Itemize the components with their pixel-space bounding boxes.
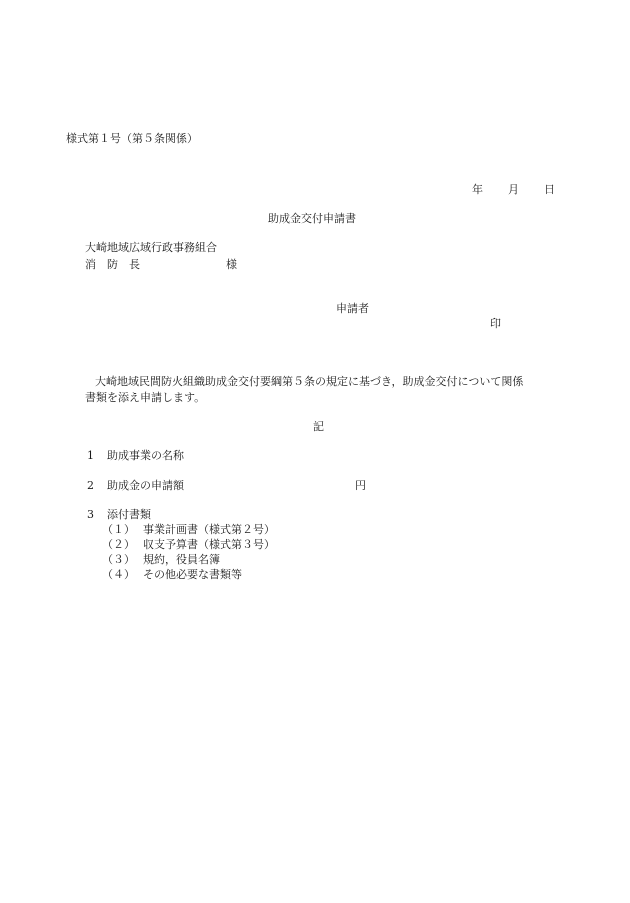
honorific: 様: [226, 259, 237, 270]
body-line-2: 書類を添え申請します。: [85, 392, 205, 403]
attachment-number: （１）: [102, 524, 135, 535]
position-char-3: 長: [129, 259, 140, 270]
item-label: 助成事業の名称: [107, 450, 184, 461]
yen-unit-label: 円: [355, 480, 366, 491]
applicant-label: 申請者: [336, 303, 369, 314]
ki-heading: 記: [313, 421, 324, 432]
day-label: 日: [544, 184, 555, 195]
item-number: 2: [87, 480, 94, 491]
item-number: 3: [87, 509, 94, 520]
position-char-2: 防: [107, 259, 118, 270]
attachment-number: （４）: [102, 569, 135, 580]
month-label: 月: [508, 184, 519, 195]
addressee-organization: 大崎地域広域行政事務組合: [85, 242, 217, 253]
form-number-label: 様式第１号（第５条関係）: [66, 133, 198, 144]
attachment-number: （２）: [102, 539, 135, 550]
item-label: 助成金の申請額: [107, 480, 184, 491]
year-label: 年: [472, 184, 483, 195]
body-line-1: 大崎地域民間防火組織助成金交付要綱第５条の規定に基づき，助成金交付について関係: [95, 376, 523, 387]
document-title: 助成金交付申請書: [268, 213, 356, 224]
seal-label: 印: [490, 318, 501, 329]
attachment-label: その他必要な書類等: [143, 569, 242, 580]
item-number: 1: [87, 450, 94, 461]
position-char-1: 消: [85, 259, 96, 270]
attachment-label: 収支予算書（様式第３号）: [143, 539, 275, 550]
attachment-number: （３）: [102, 554, 135, 565]
item-label: 添付書類: [107, 509, 151, 520]
attachment-label: 事業計画書（様式第２号）: [143, 524, 275, 535]
attachment-label: 規約，役員名簿: [143, 554, 220, 565]
